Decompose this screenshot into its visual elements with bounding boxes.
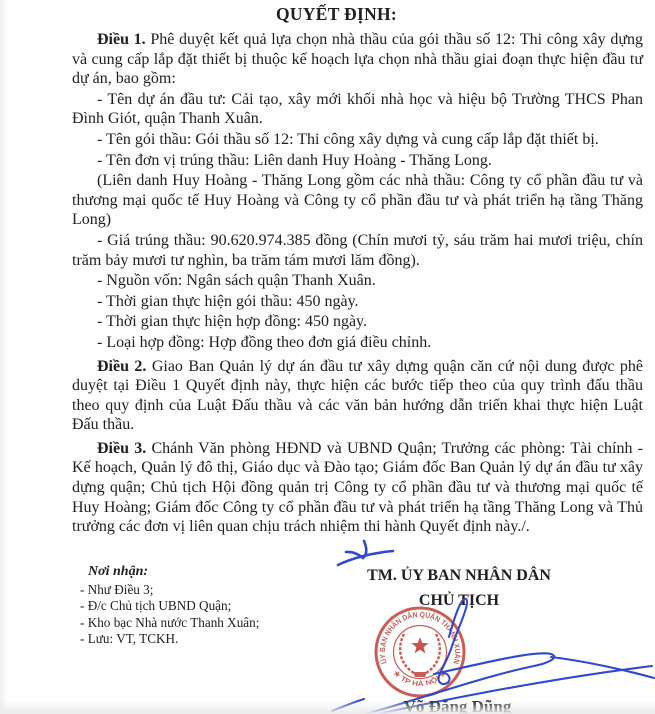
paragraph-contract-duration: - Thời gian thực hiện hợp đồng: 450 ngày… xyxy=(72,312,643,332)
paragraph-funding-source: - Nguồn vốn: Ngân sách quận Thanh Xuân. xyxy=(72,271,643,291)
emblem-wreath-right xyxy=(426,634,440,673)
emblem-base xyxy=(413,672,427,677)
paragraph-text: Chánh Văn phòng HĐND và UBND Quận; Trưởn… xyxy=(72,440,643,535)
paragraph-consortium-note: (Liên danh Huy Hoàng - Thăng Long gồm cá… xyxy=(72,171,643,230)
paragraph-text: - Nguồn vốn: Ngân sách quận Thanh Xuân. xyxy=(97,272,376,289)
paragraph-text: Phê duyệt kết quả lựa chọn nhà thầu của … xyxy=(72,31,643,87)
paragraph-contract-type: - Loại hợp đồng: Hợp đồng theo đơn giá đ… xyxy=(72,333,643,353)
paragraph-text: - Tên dự án đầu tư: Cải tạo, xây mới khố… xyxy=(72,91,643,128)
signer-name: Võ Đăng Dũng xyxy=(350,697,565,714)
recipient-item: - Kho bạc Nhà nước Thanh Xuân; xyxy=(80,615,259,631)
star-emblem-icon xyxy=(411,637,428,653)
document-body: Điều 1. Phê duyệt kết quả lựa chọn nhà t… xyxy=(72,30,643,537)
paragraph-text: (Liên danh Huy Hoàng - Thăng Long gồm cá… xyxy=(72,172,643,228)
stamp-signature-area: ỦY BAN NHÂN DÂN QUẬN THANH XUÂN ★ TP HÀ … xyxy=(330,580,655,714)
paragraph-text: - Loại hợp đồng: Hợp đồng theo đơn giá đ… xyxy=(97,334,431,351)
paragraph-text: - Thời gian thực hiện hợp đồng: 450 ngày… xyxy=(97,313,367,330)
document-title: QUYẾT ĐỊNH: xyxy=(72,4,643,25)
paragraph-winning-price: - Giá trúng thầu: 90.620.974.385 đồng (C… xyxy=(72,231,643,270)
paragraph-text: Giao Ban Quản lý dự án đầu tư xây dựng q… xyxy=(72,358,643,434)
paragraph-text: - Tên đơn vị trúng thầu: Liên danh Huy H… xyxy=(97,152,492,169)
recipient-item: - Như Điều 3; xyxy=(80,582,259,598)
paragraph-text: - Tên gói thầu: Gói thầu số 12: Thi công… xyxy=(97,131,599,148)
paragraph-package-name: - Tên gói thầu: Gói thầu số 12: Thi công… xyxy=(72,130,643,150)
recipient-item: - Lưu: VT, TCKH. xyxy=(80,631,259,647)
paragraph-package-duration: - Thời gian thực hiện gói thầu: 450 ngày… xyxy=(72,292,643,312)
emblem-wreath-left xyxy=(400,634,414,673)
article-3-label: Điều 3. xyxy=(97,440,146,457)
paragraph-winning-bidder: - Tên đơn vị trúng thầu: Liên danh Huy H… xyxy=(72,151,643,171)
paragraph-article-2: Điều 2. Giao Ban Quản lý dự án đầu tư xâ… xyxy=(72,357,643,435)
article-1-label: Điều 1. xyxy=(97,31,146,48)
recipients-heading: Nơi nhận: xyxy=(88,564,259,580)
article-2-label: Điều 2. xyxy=(97,358,146,375)
paragraph-article-1: Điều 1. Phê duyệt kết quả lựa chọn nhà t… xyxy=(72,30,643,89)
paragraph-project-name: - Tên dự án đầu tư: Cải tạo, xây mới khố… xyxy=(72,90,643,129)
document-page: QUYẾT ĐỊNH: Điều 1. Phê duyệt kết quả lự… xyxy=(0,0,655,714)
recipient-item: - Đ/c Chủ tịch UBND Quận; xyxy=(80,598,259,614)
recipients-block: Nơi nhận: - Như Điều 3; - Đ/c Chủ tịch U… xyxy=(80,564,259,647)
paragraph-text: - Thời gian thực hiện gói thầu: 450 ngày… xyxy=(97,293,359,310)
paragraph-article-3: Điều 3. Chánh Văn phòng HĐND và UBND Quậ… xyxy=(72,439,643,537)
paragraph-text: - Giá trúng thầu: 90.620.974.385 đồng (C… xyxy=(72,232,643,269)
